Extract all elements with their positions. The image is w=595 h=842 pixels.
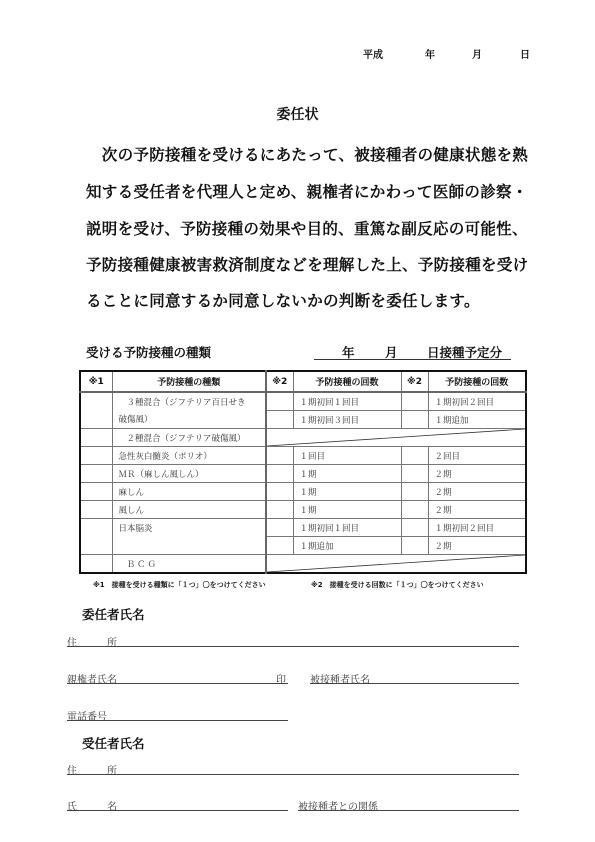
count-mark-cell[interactable] [266, 411, 293, 429]
header-count-1: 予防接種の回数 [293, 371, 401, 392]
count-mark-cell[interactable] [266, 537, 293, 555]
header-mark-2a: ※2 [266, 371, 293, 392]
type-mark-cell[interactable] [80, 447, 112, 465]
date-year-label: 年 [425, 46, 435, 61]
note-1: ※1 接種を受ける種類に「１つ」〇をつけてください [93, 580, 266, 590]
vaccine-count: １期初回２回目 [428, 392, 526, 411]
proxy-address-field[interactable] [67, 774, 519, 775]
vaccine-count: ２回目 [428, 447, 526, 465]
type-mark-cell[interactable] [80, 483, 112, 501]
proxy-section-title: 受任者氏名 [82, 734, 145, 752]
delegator-address-field[interactable] [67, 646, 519, 647]
proxy-name-field[interactable] [67, 810, 288, 811]
table-row: 破傷風） １期初回３回目 １期追加 [80, 411, 526, 429]
vaccine-count: １期 [293, 465, 401, 483]
note-2: ※2 接種を受ける回数に「１つ」〇をつけてください [311, 580, 484, 590]
vaccine-count: １回目 [293, 447, 401, 465]
table-row: ３種混合（ジフテリア百日せき １期初回１回目 １期初回２回目 [80, 392, 526, 411]
recipient-name-field[interactable] [310, 683, 519, 684]
count-mark-cell[interactable] [401, 483, 428, 501]
vaccine-type: ３種混合（ジフテリア百日せき [112, 392, 266, 411]
table-row: ２種混合（ジフテリア破傷風） [80, 429, 526, 447]
type-mark-cell[interactable] [80, 465, 112, 483]
scheduled-year-label: 年 [342, 343, 355, 361]
diagonal-slash-icon [267, 555, 525, 572]
count-mark-cell[interactable] [266, 465, 293, 483]
table-row: 風しん １期 ２期 [80, 501, 526, 519]
vaccine-type: ＭＲ（麻しん風しん） [112, 465, 266, 483]
count-mark-cell[interactable] [401, 465, 428, 483]
body-line-1: 次の予防接種を受けるにあたって、被接種者の健康状態を熟 [86, 143, 528, 165]
count-mark-cell[interactable] [401, 392, 428, 411]
vaccine-count: ２期 [428, 501, 526, 519]
count-mark-cell[interactable] [266, 483, 293, 501]
scheduled-suffix: 日接種予定分 [427, 343, 502, 361]
count-mark-cell[interactable] [401, 501, 428, 519]
table-row: ＭＲ（麻しん風しん） １期 ２期 [80, 465, 526, 483]
scheduled-month-label: 月 [385, 343, 398, 361]
phone-field[interactable] [67, 720, 288, 721]
vaccine-count: １期追加 [293, 537, 401, 555]
body-line-5: ることに同意するか同意しないかの判断を委任します。 [86, 289, 480, 311]
vaccine-type: ２種混合（ジフテリア破傷風） [112, 429, 266, 447]
vaccine-count: １期追加 [428, 411, 526, 429]
header-mark-2b: ※2 [401, 371, 428, 392]
type-mark-cell[interactable] [80, 519, 112, 555]
count-mark-cell[interactable] [401, 411, 428, 429]
vaccine-count: ２期 [428, 465, 526, 483]
vaccine-count: ２期 [428, 483, 526, 501]
count-mark-cell[interactable] [266, 501, 293, 519]
relationship-field[interactable] [298, 810, 519, 811]
date-era: 平成 [363, 46, 383, 61]
vaccine-count: ２期 [428, 537, 526, 555]
not-applicable-cell [266, 429, 526, 447]
type-mark-cell[interactable] [80, 392, 112, 429]
document-title: 委任状 [0, 104, 595, 124]
diagonal-slash-icon [267, 429, 525, 446]
vaccination-section-title: 受ける予防接種の種類 [86, 343, 211, 361]
vaccination-table: ※1 予防接種の種類 ※2 予防接種の回数 ※2 予防接種の回数 ３種混合（ジフ… [79, 370, 527, 574]
count-mark-cell[interactable] [401, 537, 428, 555]
vaccine-type: 破傷風） [112, 411, 266, 429]
table-header-row: ※1 予防接種の種類 ※2 予防接種の回数 ※2 予防接種の回数 [80, 371, 526, 392]
body-line-3: 説明を受け、予防接種の効果や目的、重篤な副反応の可能性、 [86, 217, 528, 239]
count-mark-cell[interactable] [266, 392, 293, 411]
date-day-label: 日 [520, 46, 530, 61]
table-row: 麻しん １期 ２期 [80, 483, 526, 501]
vaccine-count: １期 [293, 483, 401, 501]
vaccine-type: ＢＣＧ [112, 555, 266, 574]
body-line-4: 予防接種健康被害救済制度などを理解した上、予防接種を受け [86, 253, 528, 275]
delegator-section-title: 委任者氏名 [82, 605, 145, 623]
count-mark-cell[interactable] [401, 447, 428, 465]
date-month-label: 月 [472, 46, 482, 61]
count-mark-cell[interactable] [401, 519, 428, 537]
header-count-2: 予防接種の回数 [428, 371, 526, 392]
vaccine-count: １期初回１回目 [293, 392, 401, 411]
vaccine-count: １期初回２回目 [428, 519, 526, 537]
vaccine-type: 日本脳炎 [112, 519, 266, 555]
header-mark-1: ※1 [80, 371, 112, 392]
scheduled-date-field[interactable]: 年 月 日接種予定分 [314, 343, 511, 360]
type-mark-cell[interactable] [80, 555, 112, 574]
type-mark-cell[interactable] [80, 429, 112, 447]
count-mark-cell[interactable] [266, 447, 293, 465]
vaccine-count: １期初回３回目 [293, 411, 401, 429]
table-row: 急性灰白髄炎（ポリオ） １回目 ２回目 [80, 447, 526, 465]
type-mark-cell[interactable] [80, 501, 112, 519]
count-mark-cell[interactable] [266, 519, 293, 537]
vaccine-type: 風しん [112, 501, 266, 519]
table-row: 日本脳炎 １期初回１回目 １期初回２回目 [80, 519, 526, 537]
vaccine-type: 急性灰白髄炎（ポリオ） [112, 447, 266, 465]
table-row: ＢＣＧ [80, 555, 526, 574]
header-vaccine-type: 予防接種の種類 [112, 371, 266, 392]
guardian-name-field[interactable] [67, 683, 288, 684]
vaccine-type: 麻しん [112, 483, 266, 501]
not-applicable-cell [266, 555, 526, 574]
vaccine-count: １期 [293, 501, 401, 519]
vaccine-count: １期初回１回目 [293, 519, 401, 537]
body-line-2: 知する受任者を代理人と定め、親権者にかわって医師の診察・ [86, 180, 528, 202]
